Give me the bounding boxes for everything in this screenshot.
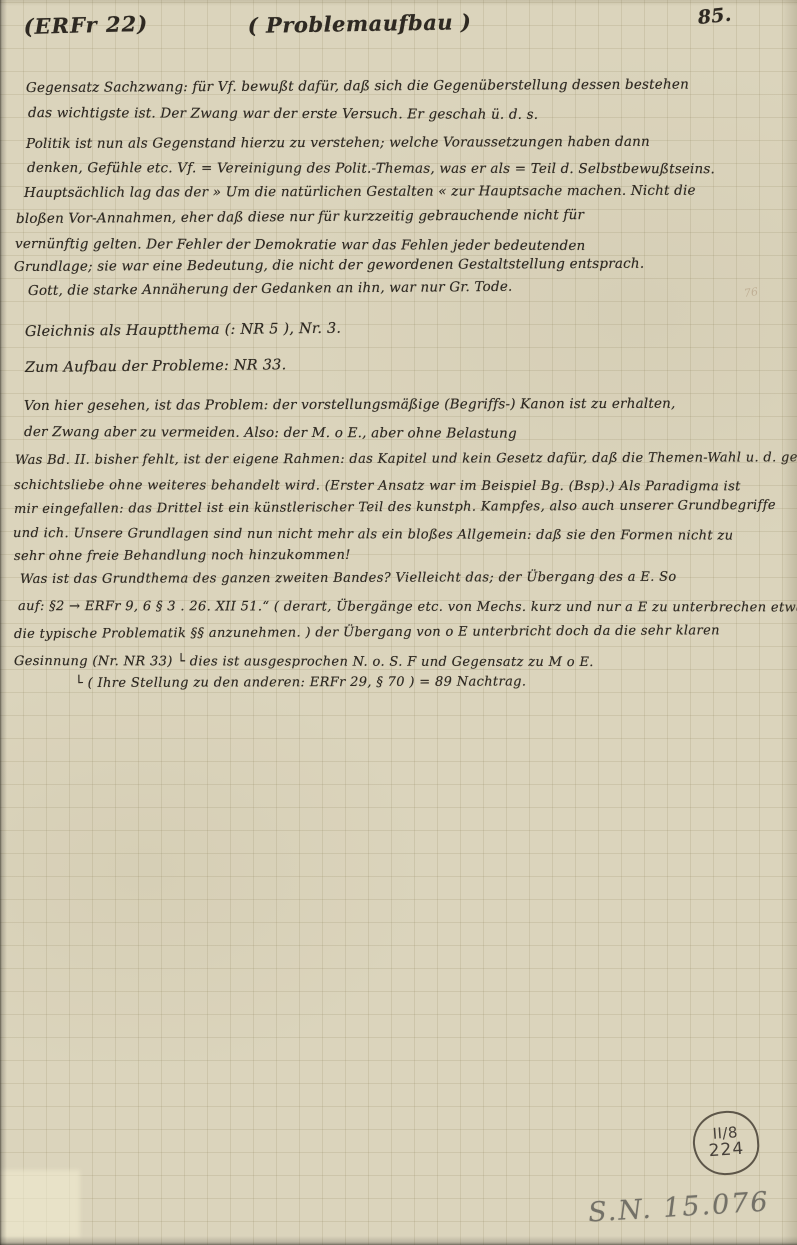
ink-bleed-mark: 76 [743, 285, 759, 300]
manuscript-line: Grundlage; sie war eine Bedeutung, die n… [14, 256, 644, 275]
manuscript-line: auf: §2 → ERFr 9, 6 § 3 . 26. XII 51.“ (… [18, 599, 797, 615]
manuscript-line: vernünftig gelten. Der Fehler der Demokr… [15, 236, 585, 254]
manuscript-line: Was ist das Grundthema des ganzen zweite… [20, 570, 677, 587]
shelfmark-pencil: S.N. 15.076 [587, 1186, 770, 1228]
manuscript-line: der Zwang aber zu vermeiden. Also: der M… [24, 424, 517, 442]
manuscript-line: Gesinnung (Nr. NR 33) └ dies ist ausgesp… [14, 654, 594, 670]
manuscript-line: Zum Aufbau der Probleme: NR 33. [25, 357, 287, 376]
manuscript-line: Was Bd. II. bisher fehlt, ist der eigene… [15, 450, 797, 468]
archive-reference: (ERFr 22) [23, 11, 148, 39]
manuscript-line: denken, Gefühle etc. Vf. = Vereinigung d… [27, 160, 715, 177]
manuscript-line: das wichtigste ist. Der Zwang war der er… [28, 105, 538, 123]
manuscript-line: Gott, die starke Annäherung der Gedanken… [28, 279, 513, 299]
manuscript-line: schichtsliebe ohne weiteres behandelt wi… [14, 478, 741, 494]
manuscript-line: sehr ohne freie Behandlung noch hinzukom… [14, 548, 351, 564]
manuscript-line: Gleichnis als Hauptthema (: NR 5 ), Nr. … [25, 321, 341, 340]
manuscript-line: Hauptsächlich lag das der » Um die natür… [24, 183, 696, 201]
manuscript-line: bloßen Vor-Annahmen, eher daß diese nur … [16, 207, 584, 227]
manuscript-line: Gegensatz Sachzwang: für Vf. bewußt dafü… [26, 77, 689, 96]
manuscript-line: die typische Problematik §§ anzunehmen. … [14, 623, 720, 642]
manuscript-line: Politik ist nun als Gegenstand hierzu zu… [26, 134, 650, 152]
manuscript-line: Von hier gesehen, ist das Problem: der v… [24, 396, 676, 414]
manuscript-line: └ ( Ihre Stellung zu den anderen: ERFr 2… [75, 674, 526, 691]
page-number: 85. [697, 4, 733, 29]
stamp-number: 224 [708, 1141, 745, 1161]
page-title: ( Problemaufbau ) [248, 9, 472, 38]
manuscript-page: (ERFr 22) ( Problemaufbau ) 85. Gegensat… [0, 0, 797, 1245]
manuscript-line: mir eingefallen: das Drittel ist ein kün… [14, 498, 776, 517]
archive-stamp: II/8 224 [691, 1109, 761, 1177]
manuscript-line: und ich. Unsere Grundlagen sind nun nich… [13, 526, 733, 544]
paper-light-patch [0, 1170, 80, 1238]
